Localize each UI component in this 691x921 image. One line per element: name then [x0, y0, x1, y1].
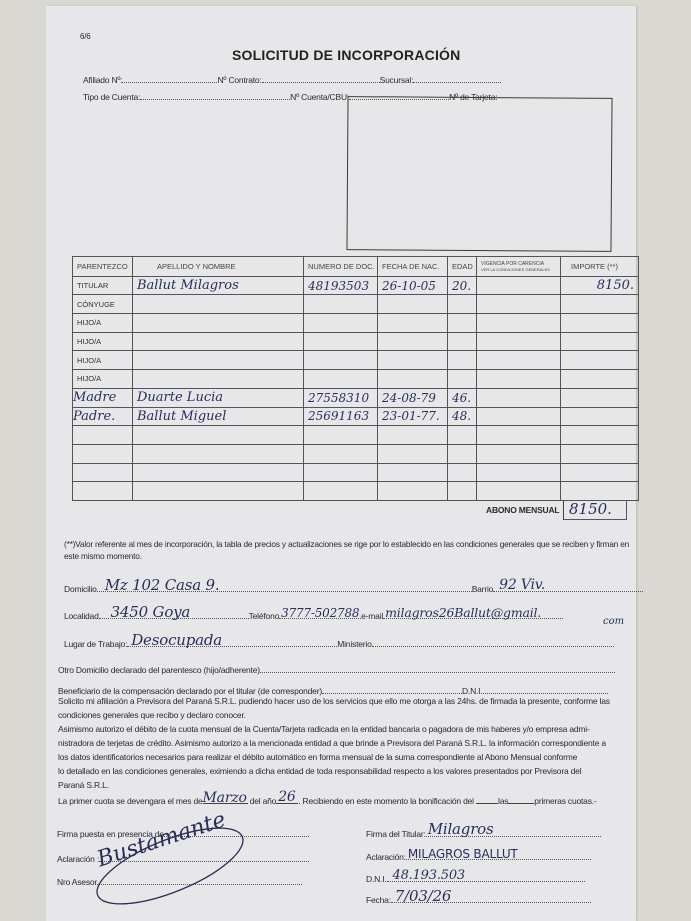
cell-importe[interactable]: [561, 370, 639, 389]
table-header: PARENTEZCO APELLIDO Y NOMBRE NUMERO DE D…: [73, 257, 639, 277]
members-table: PARENTEZCO APELLIDO Y NOMBRE NUMERO DE D…: [72, 256, 639, 501]
localidad-label: Localidad: [64, 611, 99, 621]
cell-doc[interactable]: 25691163: [304, 407, 378, 426]
telefono-value: 3777-502788: [281, 606, 359, 620]
cell-fecha-nac[interactable]: [378, 444, 448, 463]
cell-vigencia[interactable]: [477, 351, 561, 370]
table-row: HIJO/A: [73, 314, 639, 333]
table-row: HIJO/A: [73, 332, 639, 351]
cell-nombre[interactable]: [133, 426, 304, 445]
trabajo-value: Desocupada: [131, 631, 222, 649]
col-edad: EDAD: [448, 257, 477, 277]
table-row: [73, 444, 639, 463]
trabajo-label: Lugar de Trabajo:: [64, 639, 127, 649]
cell-importe[interactable]: [561, 388, 639, 407]
domicilio-value: Mz 102 Casa 9.: [105, 576, 220, 594]
cell-parentezco[interactable]: TITULAR: [73, 276, 133, 295]
cell-vigencia[interactable]: [477, 463, 561, 482]
table-row: HIJO/A: [73, 351, 639, 370]
telefono-label: Teléfono: [249, 611, 280, 621]
abono-label: ABONO MENSUAL: [486, 505, 559, 515]
table-row: HIJO/A: [73, 370, 639, 389]
cell-nombre[interactable]: [133, 351, 304, 370]
cell-edad[interactable]: [448, 463, 477, 482]
cell-edad[interactable]: [448, 295, 477, 314]
cell-parentezco[interactable]: [73, 482, 133, 501]
cell-vigencia[interactable]: [477, 370, 561, 389]
cell-edad[interactable]: [448, 482, 477, 501]
cell-parentezco[interactable]: [73, 463, 133, 482]
cell-doc[interactable]: [304, 314, 378, 333]
cell-nombre[interactable]: Ballut Milagros: [133, 276, 304, 295]
asesor-signature-loop: [90, 818, 250, 918]
cell-parentezco[interactable]: HIJO/A: [73, 370, 133, 389]
cell-importe[interactable]: [561, 351, 639, 370]
cell-doc[interactable]: [304, 370, 378, 389]
abono-value: 8150.: [569, 500, 612, 518]
cell-fecha-nac[interactable]: 23-01-77.: [378, 407, 448, 426]
footnote: (**)Valor referente al mes de incorporac…: [64, 538, 634, 562]
cell-doc[interactable]: [304, 463, 378, 482]
localidad-value: 3450 Goya: [111, 603, 191, 621]
cell-doc[interactable]: [304, 482, 378, 501]
cell-vigencia[interactable]: [477, 276, 561, 295]
domicilio-label: Domicilio: [64, 584, 97, 594]
cell-importe[interactable]: [561, 444, 639, 463]
cell-edad[interactable]: 46.: [448, 388, 477, 407]
cell-edad[interactable]: [448, 426, 477, 445]
cell-edad[interactable]: 48.: [448, 407, 477, 426]
afiliado-field[interactable]: Afiliado Nº:Nº Contrato:Sucursal:: [83, 74, 501, 85]
barrio-value: 92 Viv.: [499, 577, 545, 593]
table-row: [73, 463, 639, 482]
cell-nombre[interactable]: [133, 295, 304, 314]
col-fecha: FECHA DE NAC.: [378, 257, 448, 277]
cell-doc[interactable]: [304, 426, 378, 445]
email-value-cont: com: [603, 616, 624, 627]
fecha-value: 7/03/26: [395, 887, 451, 905]
cell-edad[interactable]: [448, 332, 477, 351]
cell-doc[interactable]: [304, 295, 378, 314]
cell-vigencia[interactable]: [477, 332, 561, 351]
cell-nombre[interactable]: [133, 332, 304, 351]
cell-doc[interactable]: 48193503: [304, 276, 378, 295]
firma-titular-value: Milagros: [428, 820, 494, 838]
cell-fecha-nac[interactable]: [378, 332, 448, 351]
cell-parentezco[interactable]: HIJO/A: [73, 332, 133, 351]
cell-nombre[interactable]: Ballut Miguel: [133, 407, 304, 426]
cell-edad[interactable]: [448, 314, 477, 333]
cuenta-cbu-label: Nº Cuenta/CBU:: [290, 92, 349, 102]
legal-text: Solicito mi afiliación a Previsora del P…: [58, 694, 610, 792]
fecha-field[interactable]: Fecha:7/03/26: [366, 894, 591, 905]
col-doc: NUMERO DE DOC.: [304, 257, 378, 277]
cell-nombre[interactable]: [133, 444, 304, 463]
domicilio-field[interactable]: DomicilioMz 102 Casa 9.Barrio92 Viv.: [64, 583, 643, 594]
sucursal-label: Sucursal:: [380, 75, 414, 85]
cell-importe[interactable]: [561, 482, 639, 501]
cell-importe[interactable]: 8150.: [561, 276, 639, 295]
cell-nombre[interactable]: Duarte Lucia: [133, 388, 304, 407]
table-row: Padre.Ballut Miguel2569116323-01-77.48.: [73, 407, 639, 426]
cell-vigencia[interactable]: [477, 426, 561, 445]
cell-importe[interactable]: [561, 426, 639, 445]
cell-parentezco[interactable]: [73, 444, 133, 463]
email-value: milagros26Ballut@gmail.: [385, 605, 541, 620]
cell-vigencia[interactable]: [477, 295, 561, 314]
abono-box[interactable]: 8150.: [563, 500, 627, 520]
table-row: TITULARBallut Milagros4819350326-10-0520…: [73, 276, 639, 295]
cell-fecha-nac[interactable]: [378, 295, 448, 314]
cell-parentezco[interactable]: Padre.: [73, 407, 133, 426]
cell-fecha-nac[interactable]: [378, 463, 448, 482]
otro-domicilio-label: Otro Domicilio declarado del parentesco …: [58, 665, 260, 675]
trabajo-field[interactable]: Lugar de Trabajo:DesocupadaMinisterio: [64, 638, 614, 649]
table-row: [73, 426, 639, 445]
ministerio-label: Ministerio: [337, 639, 371, 649]
table-row: CÓNYUGE: [73, 295, 639, 314]
cell-nombre[interactable]: [133, 482, 304, 501]
cell-parentezco[interactable]: HIJO/A: [73, 351, 133, 370]
cell-doc[interactable]: [304, 351, 378, 370]
anio-value: 26: [278, 789, 295, 805]
cell-fecha-nac[interactable]: [378, 314, 448, 333]
page-number: 6/6: [80, 32, 91, 41]
cell-edad[interactable]: 20.: [448, 276, 477, 295]
cell-nombre[interactable]: [133, 463, 304, 482]
col-importe: IMPORTE (**): [561, 257, 639, 277]
cell-importe[interactable]: [561, 295, 639, 314]
dni-value: 48.193.503: [393, 868, 465, 883]
col-parentezco: PARENTEZCO: [73, 257, 133, 277]
table-row: MadreDuarte Lucia2755831024-08-7946.: [73, 388, 639, 407]
page-title: SOLICITUD DE INCORPORACIÓN: [232, 47, 460, 63]
cell-importe[interactable]: [561, 407, 639, 426]
cell-vigencia[interactable]: [477, 407, 561, 426]
cell-edad[interactable]: [448, 444, 477, 463]
localidad-field[interactable]: Localidad3450 GoyaTeléfono3777-502788e-m…: [64, 610, 563, 621]
aclaracion-right-field[interactable]: Aclaración:MILAGROS BALLUT: [366, 851, 591, 862]
cell-vigencia[interactable]: [477, 482, 561, 501]
photo-box: [346, 96, 612, 252]
cell-vigencia[interactable]: [477, 388, 561, 407]
tipo-cuenta-label: Tipo de Cuenta:: [83, 92, 140, 102]
cell-parentezco[interactable]: HIJO/A: [73, 314, 133, 333]
col-vigencia: VIGENCIA POR CARENCIAVER LA CONDICIONES …: [477, 257, 561, 277]
cell-fecha-nac[interactable]: [378, 426, 448, 445]
cell-edad[interactable]: [448, 370, 477, 389]
cell-importe[interactable]: [561, 314, 639, 333]
dni-field[interactable]: D.N.I.48.193.503: [366, 873, 585, 884]
cell-fecha-nac[interactable]: [378, 351, 448, 370]
cell-fecha-nac[interactable]: [378, 482, 448, 501]
cell-importe[interactable]: [561, 463, 639, 482]
cell-parentezco[interactable]: Madre: [73, 388, 133, 407]
cell-importe[interactable]: [561, 332, 639, 351]
table-row: [73, 482, 639, 501]
cell-doc[interactable]: [304, 332, 378, 351]
barrio-label: Barrio: [472, 584, 493, 594]
aclaracion-right-value: MILAGROS BALLUT: [408, 847, 518, 861]
afiliado-label: Afiliado Nº:: [83, 75, 122, 85]
cell-doc[interactable]: 27558310: [304, 388, 378, 407]
cell-nombre[interactable]: [133, 370, 304, 389]
col-nombre: APELLIDO Y NOMBRE: [133, 257, 304, 277]
cell-vigencia[interactable]: [477, 314, 561, 333]
contrato-label: Nº Contrato:: [217, 75, 261, 85]
cell-fecha-nac[interactable]: [378, 370, 448, 389]
mes-value: Marzo: [203, 790, 247, 806]
cell-doc[interactable]: [304, 444, 378, 463]
cell-fecha-nac[interactable]: 24-08-79: [378, 388, 448, 407]
cell-parentezco[interactable]: CÓNYUGE: [73, 295, 133, 314]
email-label: e-mail: [361, 611, 383, 621]
cell-vigencia[interactable]: [477, 444, 561, 463]
cell-fecha-nac[interactable]: 26-10-05: [378, 276, 448, 295]
otro-domicilio-field[interactable]: Otro Domicilio declarado del parentesco …: [58, 664, 615, 675]
cell-parentezco[interactable]: [73, 426, 133, 445]
first-payment-line: La primer cuota se devengara el mes deMa…: [58, 794, 597, 806]
cell-nombre[interactable]: [133, 314, 304, 333]
cell-edad[interactable]: [448, 351, 477, 370]
firma-titular-field[interactable]: Firma del Titular:Milagros: [366, 828, 601, 839]
